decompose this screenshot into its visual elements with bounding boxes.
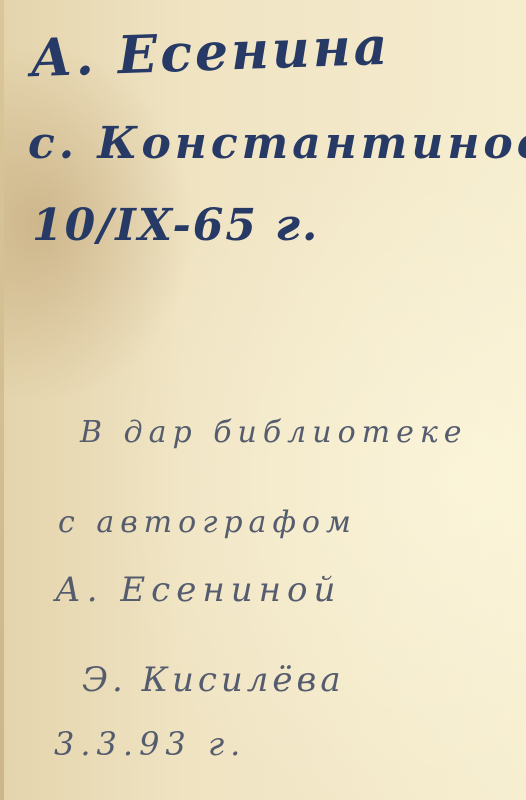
inscription-date: 10/IX-65 г. (32, 200, 319, 251)
inscription-author: А. Есенина (29, 16, 391, 90)
note-date: 3.3.93 г. (54, 725, 246, 763)
note-signature: Э. Кисилёва (82, 660, 345, 700)
note-line-2: с автографом (58, 505, 357, 540)
note-line-1: В дар библиотеке (80, 415, 468, 450)
inscription-place: с. Константиново (28, 118, 526, 169)
note-line-3: А. Есениной (55, 570, 341, 610)
paper-edge (0, 0, 4, 800)
document-page: А. Есенина с. Константиново 10/IX-65 г. … (0, 0, 526, 800)
